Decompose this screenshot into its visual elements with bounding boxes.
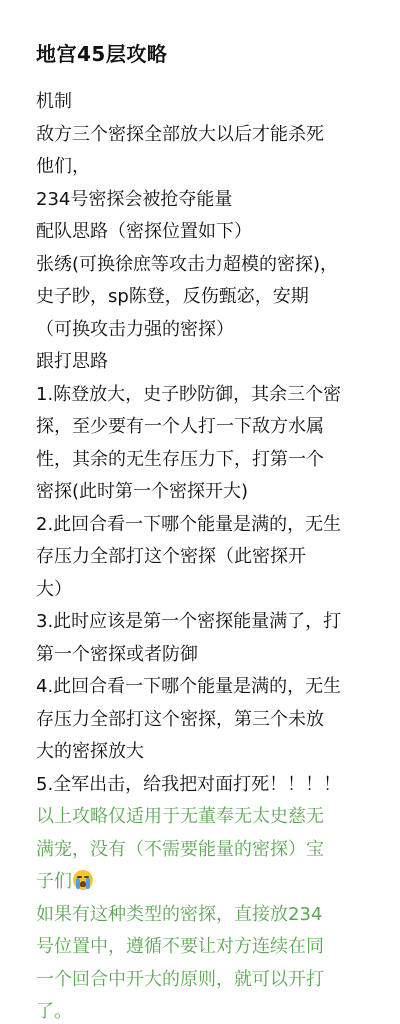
step-4-line: 大的密探放大	[36, 736, 364, 769]
note-line: 满宠，没有（不需要能量的密探）宝	[36, 834, 364, 867]
team-line: 张绣(可换徐庶等攻击力超模的密探)，	[36, 249, 364, 282]
note-line: 如果有这种类型的密探，直接放234	[36, 899, 364, 932]
team-line: 史子眇，sp陈登，反伤甄宓，安期	[36, 281, 364, 314]
strategy-heading: 跟打思路	[36, 346, 364, 379]
article-title: 地宫45层攻略	[36, 38, 364, 70]
step-4-line: 存压力全部打这个密探，第三个未放	[36, 704, 364, 737]
step-4-line: 4.此回合看一下哪个能量是满的，无生	[36, 671, 364, 704]
note-line: 以上攻略仅适用于无董奉无太史慈无	[36, 801, 364, 834]
article-page: 地宫45层攻略 机制 敌方三个密探全部放大以后才能杀死 他们， 234号密探会被…	[0, 0, 400, 1024]
step-2-line: 大）	[36, 574, 364, 607]
team-heading: 配队思路（密探位置如下）	[36, 216, 364, 249]
step-1-line: 性，其余的无生存压力下，打第一个	[36, 444, 364, 477]
step-5-line: 5.全军出击，给我把对面打死！！！！	[36, 769, 364, 802]
step-3-line: 第一个密探或者防御	[36, 639, 364, 672]
step-1-line: 1.陈登放大，史子眇防御，其余三个密	[36, 379, 364, 412]
mechanism-heading: 机制	[36, 86, 364, 119]
step-2-line: 2.此回合看一下哪个能量是满的，无生	[36, 509, 364, 542]
note-line-with-emoji: 子们	[36, 866, 364, 899]
mechanism-line: 234号密探会被抢夺能量	[36, 184, 364, 217]
note-line: 一个回合中开大的原则，就可以开打	[36, 964, 364, 997]
mechanism-line: 敌方三个密探全部放大以后才能杀死	[36, 119, 364, 152]
step-1-line: 探，至少要有一个人打一下敌方水属	[36, 411, 364, 444]
mechanism-line: 他们，	[36, 151, 364, 184]
step-1-line: 密探(此时第一个密探开大)	[36, 476, 364, 509]
note-line-text: 子们	[36, 871, 72, 892]
article-body: 机制 敌方三个密探全部放大以后才能杀死 他们， 234号密探会被抢夺能量 配队思…	[36, 86, 364, 1024]
step-3-line: 3.此时应该是第一个密探能量满了，打	[36, 606, 364, 639]
note-line: 了。	[36, 996, 364, 1024]
team-line: （可换攻击力强的密探）	[36, 314, 364, 347]
note-line: 号位置中，遵循不要让对方连续在同	[36, 931, 364, 964]
step-2-line: 存压力全部打这个密探（此密探开	[36, 541, 364, 574]
loudly-crying-face-icon	[73, 870, 93, 890]
